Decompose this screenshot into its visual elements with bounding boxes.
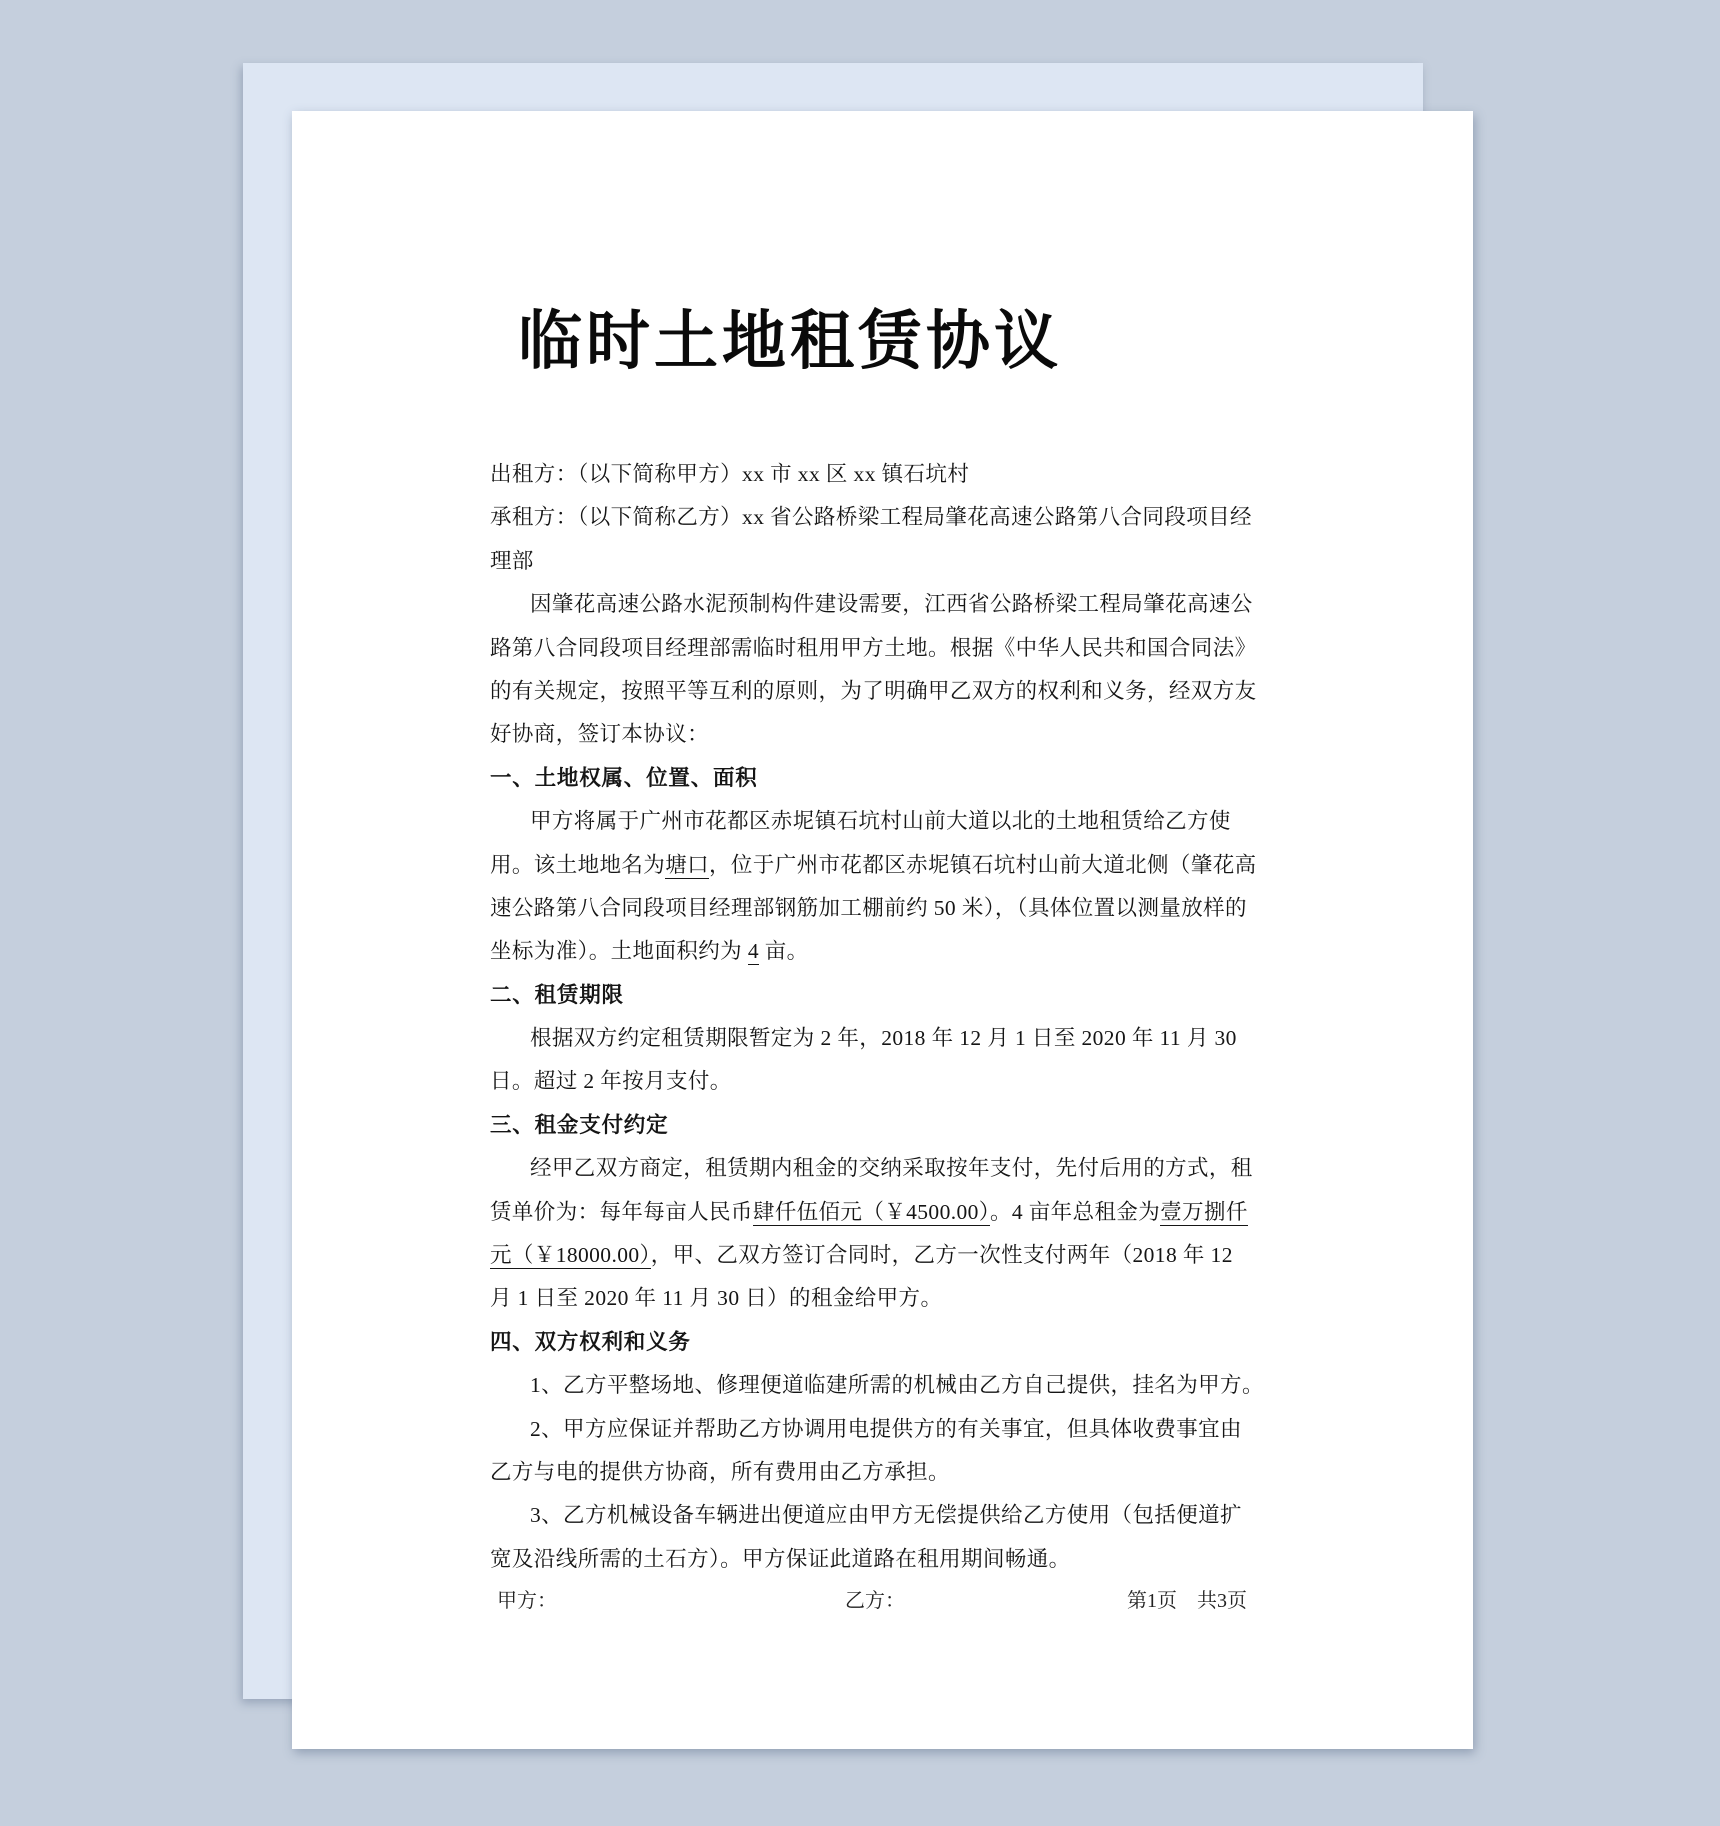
text-segment: 宽及沿线所需的土石方）。甲方保证此道路在租用期间畅通。 — [490, 1547, 1071, 1571]
document-line: 坐标为准）。土地面积约为 4 亩。 — [490, 930, 1280, 973]
section-heading: 三、租金支付约定 — [490, 1104, 1280, 1147]
page-footer: 甲方： 乙方： 第1页 共3页 — [292, 1588, 1473, 1618]
text-segment: 乙方与电的提供方协商，所有费用由乙方承担。 — [490, 1460, 950, 1484]
document-line: 因肇花高速公路水泥预制构件建设需要，江西省公路桥梁工程局肇花高速公 — [490, 583, 1280, 626]
text-segment: 承租方：（以下简称乙方）xx 省公路桥梁工程局肇花高速公路第八合同段项目经 — [490, 505, 1252, 529]
text-segment: 2、甲方应保证并帮助乙方协调用电提供方的有关事宜，但具体收费事宜由 — [530, 1417, 1242, 1441]
section-heading: 二、租赁期限 — [490, 974, 1280, 1017]
text-segment: 甲方将属于广州市花都区赤坭镇石坑村山前大道以北的土地租赁给乙方使 — [530, 809, 1231, 833]
text-segment: 因肇花高速公路水泥预制构件建设需要，江西省公路桥梁工程局肇花高速公 — [530, 592, 1253, 616]
underlined-text: 4 — [748, 939, 759, 965]
underlined-text: 壹万捌仟 — [1160, 1200, 1248, 1226]
document-line: 经甲乙双方商定，租赁期内租金的交纳采取按年支付，先付后用的方式，租 — [490, 1147, 1280, 1190]
footer-party-b-label: 乙方： — [845, 1588, 905, 1614]
text-segment: 日。超过 2 年按月支付。 — [490, 1069, 732, 1093]
document-line: 好协商，签订本协议： — [490, 713, 1280, 756]
text-segment: 赁单价为：每年每亩人民币 — [490, 1200, 753, 1224]
document-line: 月 1 日至 2020 年 11 月 30 日）的租金给甲方。 — [490, 1277, 1280, 1320]
document-line: 3、乙方机械设备车辆进出便道应由甲方无偿提供给乙方使用（包括便道扩 — [490, 1494, 1280, 1537]
document-line: 1、乙方平整场地、修理便道临建所需的机械由乙方自己提供，挂名为甲方。 — [490, 1364, 1280, 1407]
desktop-background: 临时土地租赁协议 出租方：（以下简称甲方）xx 市 xx 区 xx 镇石坑村承租… — [0, 0, 1720, 1826]
document-body: 出租方：（以下简称甲方）xx 市 xx 区 xx 镇石坑村承租方：（以下简称乙方… — [490, 453, 1280, 1581]
document-line: 用。该土地地名为塘口，位于广州市花都区赤坭镇石坑村山前大道北侧（肇花高 — [490, 844, 1280, 887]
text-segment: 二、租赁期限 — [490, 983, 624, 1007]
text-segment: 。4 亩年总租金为 — [990, 1200, 1160, 1224]
text-segment: ，位于广州市花都区赤坭镇石坑村山前大道北侧（肇花高 — [709, 853, 1257, 877]
text-segment: 亩。 — [759, 939, 809, 963]
text-segment: 路第八合同段项目经理部需临时租用甲方土地。根据《中华人民共和国合同法》 — [490, 636, 1257, 660]
document-line: 承租方：（以下简称乙方）xx 省公路桥梁工程局肇花高速公路第八合同段项目经 — [490, 496, 1280, 539]
document-line: 赁单价为：每年每亩人民币肆仟伍佰元（￥4500.00）。4 亩年总租金为壹万捌仟 — [490, 1191, 1280, 1234]
section-heading: 四、双方权利和义务 — [490, 1321, 1280, 1364]
document-line: 2、甲方应保证并帮助乙方协调用电提供方的有关事宜，但具体收费事宜由 — [490, 1408, 1280, 1451]
text-segment: 一、土地权属、位置、面积 — [490, 766, 758, 790]
text-segment: 经甲乙双方商定，租赁期内租金的交纳采取按年支付，先付后用的方式，租 — [530, 1156, 1253, 1180]
footer-party-a-label: 甲方： — [497, 1588, 557, 1614]
text-segment: 好协商，签订本协议： — [490, 722, 709, 746]
underlined-text: 元（￥18000.00） — [490, 1243, 651, 1269]
document-line: 日。超过 2 年按月支付。 — [490, 1060, 1280, 1103]
text-segment: 用。该土地地名为 — [490, 853, 665, 877]
text-segment: 三、租金支付约定 — [490, 1113, 668, 1137]
text-segment: 根据双方约定租赁期限暂定为 2 年，2018 年 12 月 1 日至 2020 … — [530, 1026, 1237, 1050]
document-line: 出租方：（以下简称甲方）xx 市 xx 区 xx 镇石坑村 — [490, 453, 1280, 496]
footer-page-number: 第1页 共3页 — [1127, 1588, 1247, 1614]
document-line: 乙方与电的提供方协商，所有费用由乙方承担。 — [490, 1451, 1280, 1494]
text-segment: 坐标为准）。土地面积约为 — [490, 939, 748, 963]
text-segment: 的有关规定，按照平等互利的原则，为了明确甲乙双方的权利和义务，经双方友 — [490, 679, 1257, 703]
text-segment: 出租方：（以下简称甲方）xx 市 xx 区 xx 镇石坑村 — [490, 462, 969, 486]
text-segment: 速公路第八合同段项目经理部钢筋加工棚前约 50 米），（具体位置以测量放样的 — [490, 896, 1247, 920]
document-line: 理部 — [490, 540, 1280, 583]
text-segment: 1、乙方平整场地、修理便道临建所需的机械由乙方自己提供，挂名为甲方。 — [530, 1373, 1264, 1397]
text-segment: 3、乙方机械设备车辆进出便道应由甲方无偿提供给乙方使用（包括便道扩 — [530, 1503, 1242, 1527]
text-segment: 月 1 日至 2020 年 11 月 30 日）的租金给甲方。 — [490, 1286, 942, 1310]
text-segment: ，甲、乙双方签订合同时，乙方一次性支付两年（2018 年 12 — [651, 1243, 1233, 1267]
underlined-text: 塘口 — [665, 853, 709, 879]
document-line: 根据双方约定租赁期限暂定为 2 年，2018 年 12 月 1 日至 2020 … — [490, 1017, 1280, 1060]
document-line: 元（￥18000.00），甲、乙双方签订合同时，乙方一次性支付两年（2018 年… — [490, 1234, 1280, 1277]
document-line: 的有关规定，按照平等互利的原则，为了明确甲乙双方的权利和义务，经双方友 — [490, 670, 1280, 713]
document-page: 临时土地租赁协议 出租方：（以下简称甲方）xx 市 xx 区 xx 镇石坑村承租… — [292, 111, 1473, 1749]
text-segment: 四、双方权利和义务 — [490, 1330, 691, 1354]
text-segment: 理部 — [490, 549, 534, 573]
document-line: 宽及沿线所需的土石方）。甲方保证此道路在租用期间畅通。 — [490, 1538, 1280, 1581]
document-title: 临时土地租赁协议 — [405, 307, 1175, 376]
document-line: 速公路第八合同段项目经理部钢筋加工棚前约 50 米），（具体位置以测量放样的 — [490, 887, 1280, 930]
document-line: 路第八合同段项目经理部需临时租用甲方土地。根据《中华人民共和国合同法》 — [490, 627, 1280, 670]
document-line: 甲方将属于广州市花都区赤坭镇石坑村山前大道以北的土地租赁给乙方使 — [490, 800, 1280, 843]
section-heading: 一、土地权属、位置、面积 — [490, 757, 1280, 800]
underlined-text: 肆仟伍佰元（￥4500.00） — [753, 1200, 990, 1226]
